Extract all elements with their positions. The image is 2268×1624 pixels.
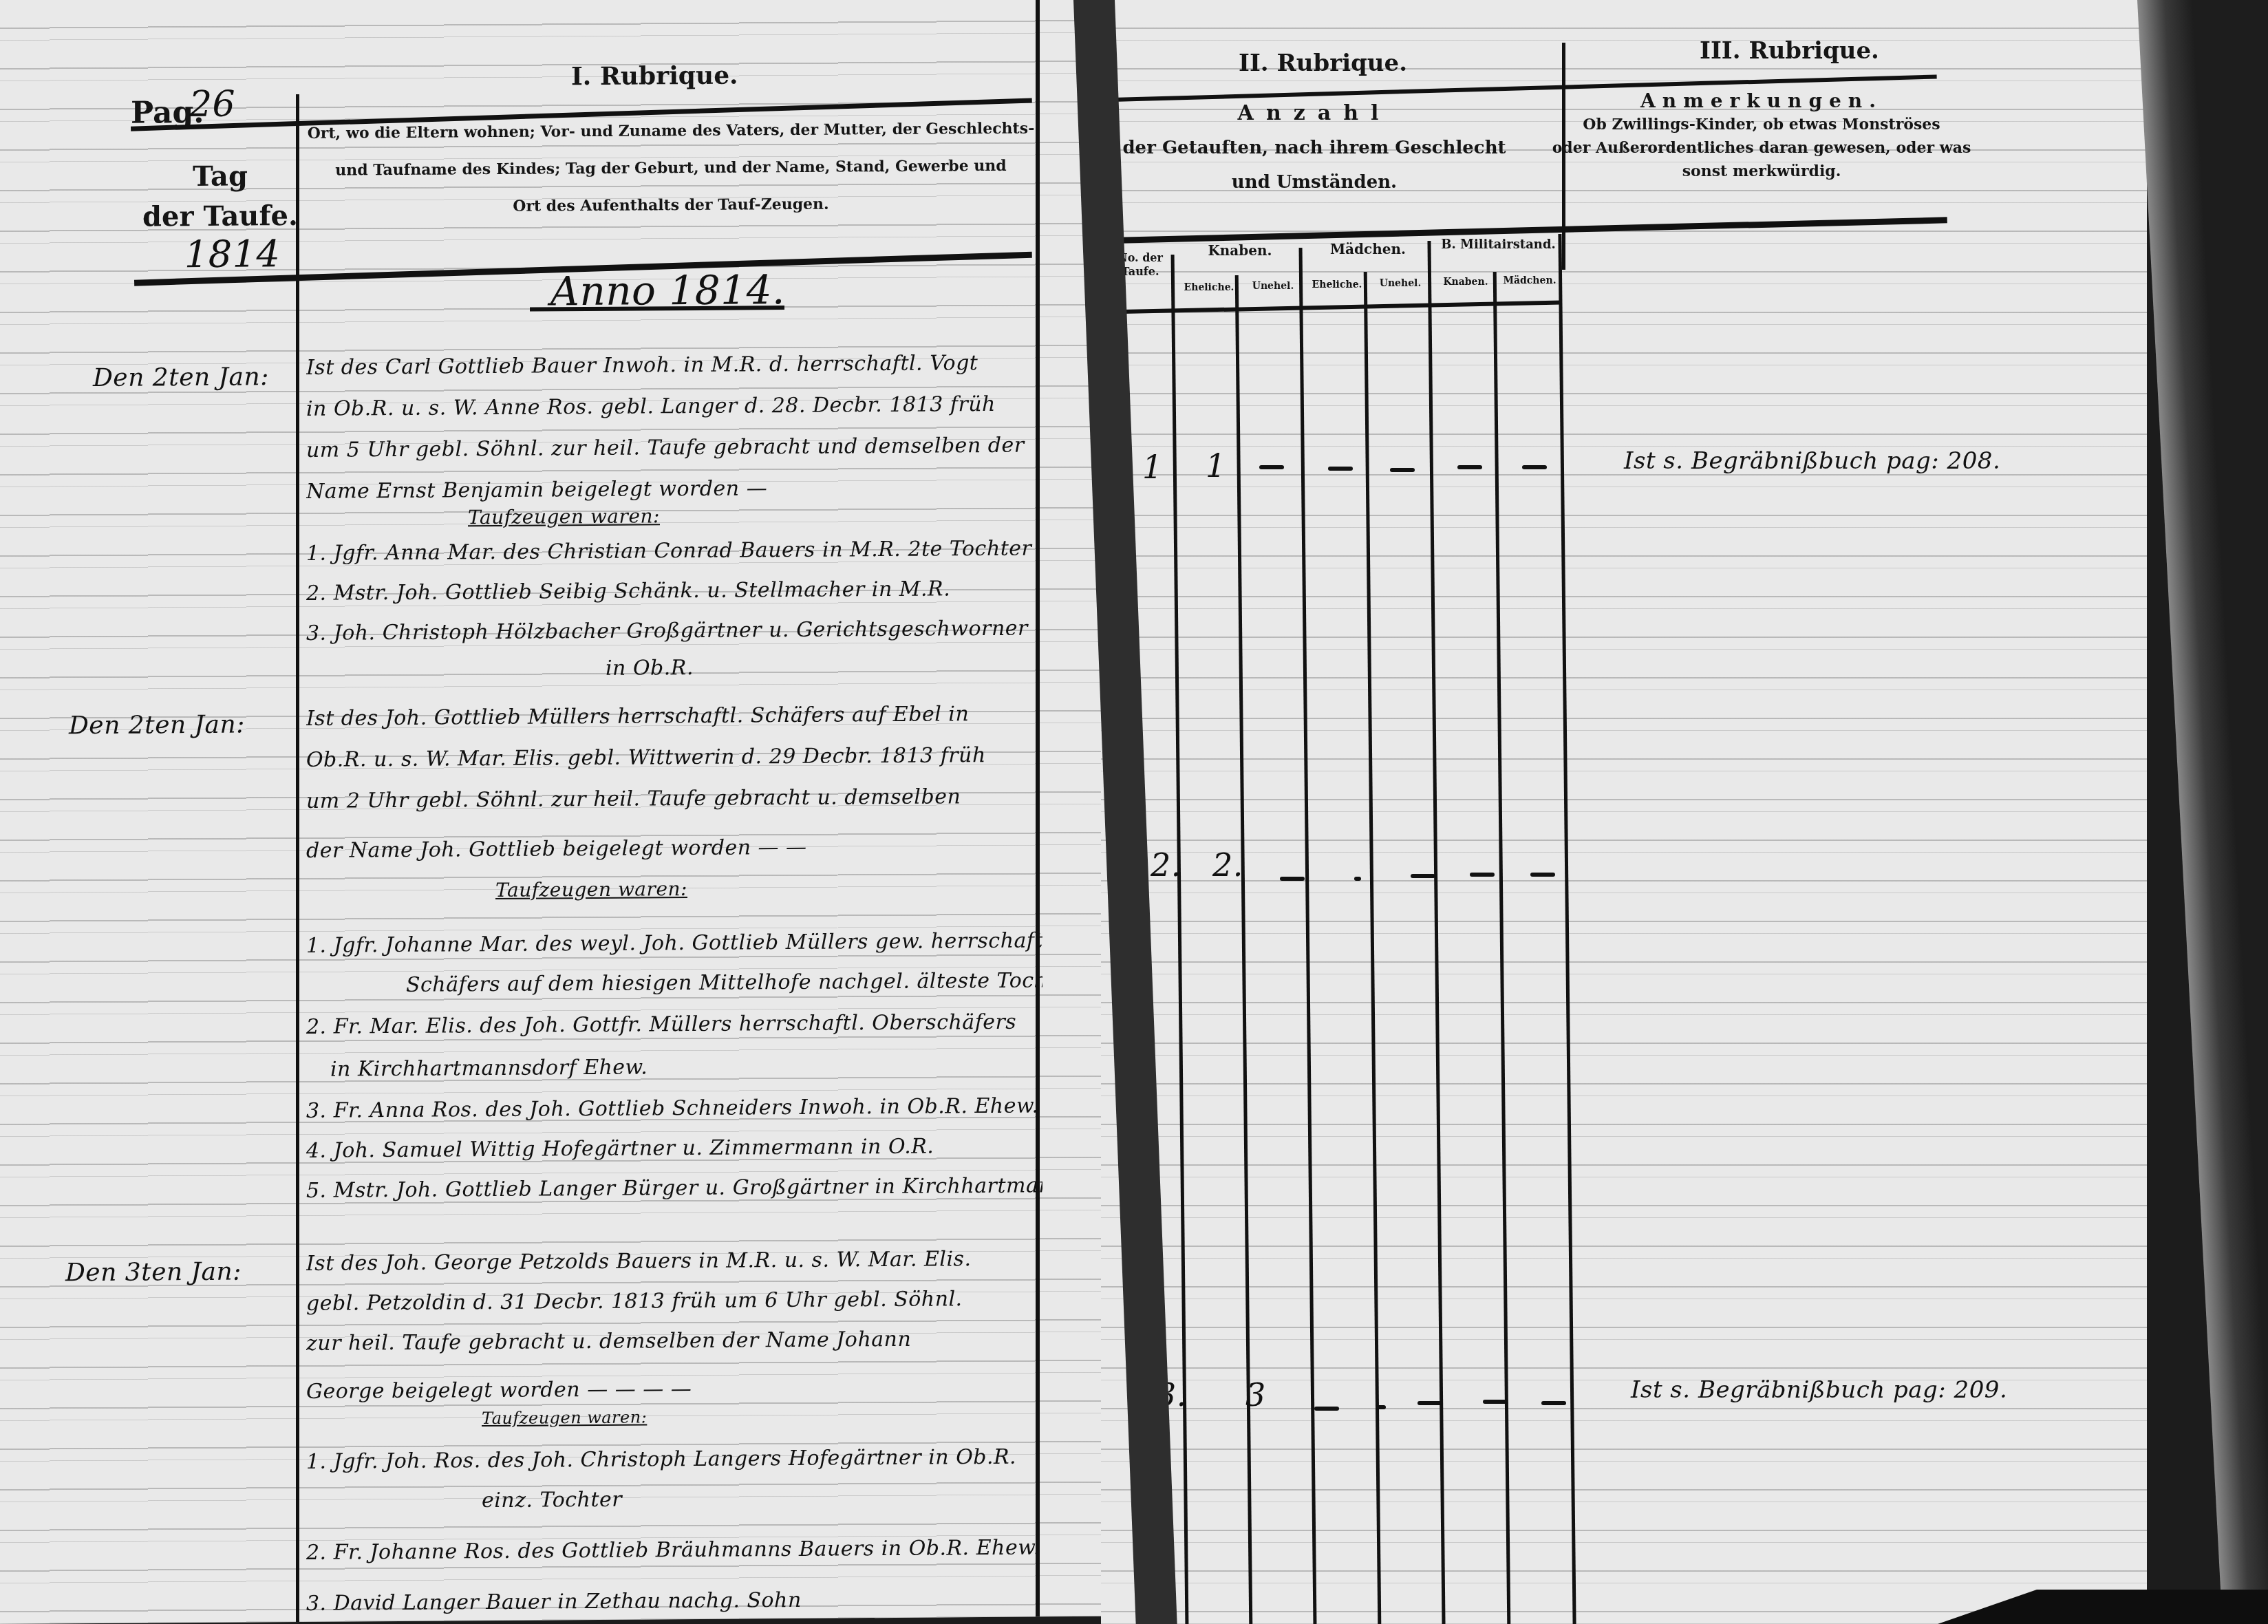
subheader-mil-knaben: Knaben. bbox=[1435, 277, 1497, 288]
witness-line: Schäfers auf dem hiesigen Mittelhofe nac… bbox=[406, 968, 1042, 996]
entry-text-line: zur heil. Taufe gebracht u. demselben de… bbox=[306, 1326, 1042, 1355]
witness-line: 3. David Langer Bauer in Zethau nachg. S… bbox=[306, 1586, 1042, 1615]
subheader-maedchen-ehelich: Eheliche. bbox=[1306, 279, 1368, 290]
entry-text-line: um 2 Uhr gebl. Söhnl. zur heil. Taufe ge… bbox=[306, 784, 1042, 813]
witness-line: in Kirchhartmannsdorf Ehew. bbox=[330, 1052, 1067, 1081]
row-remark: Ist s. Begräbnißbuch pag: 209. bbox=[1631, 1376, 2007, 1404]
entry-text-line: Ist des Joh. George Petzolds Bauers in M… bbox=[306, 1246, 1042, 1275]
rubrique1-desc-line: Ort des Aufenthalts der Tauf-Zeugen. bbox=[306, 184, 1036, 226]
date-column-year: 1814 bbox=[184, 232, 280, 276]
entry-text-line: George beigelegt worden — — — — bbox=[306, 1374, 1042, 1403]
row-empty-dash bbox=[1259, 465, 1284, 469]
row-knaben-ehelich: 1 bbox=[1206, 447, 1226, 484]
entry-text-line: Ist des Joh. Gottlieb Müllers herrschaft… bbox=[306, 701, 1042, 730]
page-number: 26 bbox=[189, 84, 235, 125]
witness-line: 1. Jgfr. Joh. Ros. des Joh. Christoph La… bbox=[306, 1444, 1042, 1473]
rubrique2-title: II. Rubrique. bbox=[1239, 50, 1407, 77]
rubrique3-desc-line: sonst merkwürdig. bbox=[1548, 160, 1975, 183]
entry-date: Den 3ten Jan: bbox=[65, 1258, 242, 1288]
entry-text-line: der Name Joh. Gottlieb beigelegt worden … bbox=[306, 833, 1042, 862]
witness-heading: Taufzeugen waren: bbox=[468, 504, 812, 528]
witness-line: 2. Fr. Johanne Ros. des Gottlieb Bräuhma… bbox=[306, 1535, 1042, 1564]
witness-heading: Taufzeugen waren: bbox=[482, 1407, 826, 1428]
witness-heading: Taufzeugen waren: bbox=[495, 876, 839, 901]
row-empty-dash bbox=[1417, 1401, 1442, 1405]
row-empty-dash bbox=[1354, 877, 1361, 881]
entry-text-line: um 5 Uhr gebl. Söhnl. zur heil. Taufe ge… bbox=[306, 433, 1042, 462]
rubrique3-desc-line: oder Außerordentliches daran gewesen, od… bbox=[1548, 136, 1975, 160]
row-empty-dash bbox=[1390, 468, 1415, 472]
subheader-maedchen-unehel: Unehel. bbox=[1369, 278, 1431, 289]
rubrique2-description: Anzahl der Getauften, nach ihrem Geschle… bbox=[1101, 96, 1528, 200]
group-header-militairstand: B. Militairstand. bbox=[1435, 237, 1562, 252]
witness-line: 2. Fr. Mar. Elis. des Joh. Gottfr. Mülle… bbox=[306, 1009, 1042, 1038]
rubrique1-desc-line: und Taufname des Kindes; Tag der Geburt,… bbox=[306, 147, 1036, 189]
witness-line: 4. Joh. Samuel Wittig Hofegärtner u. Zim… bbox=[306, 1133, 1042, 1162]
row-knaben-ehelich: 3 bbox=[1245, 1376, 1266, 1413]
book-right-edge bbox=[2137, 0, 2268, 1624]
row-empty-dash bbox=[1522, 465, 1547, 469]
row-no: 2. bbox=[1151, 846, 1181, 884]
date-header-line2: der Taufe. bbox=[141, 196, 299, 237]
entry-date: Den 2ten Jan: bbox=[69, 711, 245, 740]
row-empty-dash bbox=[1376, 1405, 1386, 1409]
row-empty-dash bbox=[1328, 467, 1353, 471]
entry-text-line: gebl. Petzoldin d. 31 Decbr. 1813 früh u… bbox=[306, 1286, 1042, 1315]
subheader-knaben-unehel: Unehel. bbox=[1242, 281, 1304, 292]
column-divider bbox=[296, 94, 299, 1622]
row-no: 1 bbox=[1142, 449, 1163, 486]
rubrique3-title: III. Rubrique. bbox=[1700, 37, 1879, 65]
group-header-knaben: Knaben. bbox=[1178, 242, 1302, 259]
rubrique2-heading: Anzahl bbox=[1101, 96, 1528, 131]
witness-line: 5. Mstr. Joh. Gottlieb Langer Bürger u. … bbox=[306, 1173, 1042, 1202]
row-empty-dash bbox=[1530, 873, 1555, 877]
subheader-mil-maedchen: Mädchen. bbox=[1499, 275, 1561, 286]
witness-line: 1. Jgfr. Anna Mar. des Christian Conrad … bbox=[306, 536, 1042, 565]
row-empty-dash bbox=[1457, 465, 1482, 469]
row-knaben-ehelich: 2. bbox=[1212, 846, 1243, 884]
rubrique1-title: I. Rubrique. bbox=[571, 61, 738, 92]
date-header-line1: Tag bbox=[141, 156, 299, 197]
rubrique3-desc-line: Ob Zwillings-Kinder, ob etwas Monströses bbox=[1548, 113, 1975, 136]
rubrique3-heading: Anmerkungen. bbox=[1548, 89, 1975, 113]
rubrique3-description: Anmerkungen. Ob Zwillings-Kinder, ob etw… bbox=[1548, 89, 1975, 183]
entry-text-line: Ob.R. u. s. W. Mar. Elis. gebl. Wittweri… bbox=[306, 742, 1042, 771]
witness-line: 2. Mstr. Joh. Gottlieb Seibig Schänk. u.… bbox=[306, 576, 1042, 605]
rubrique1-description: Ort, wo die Eltern wohnen; Vor- und Zuna… bbox=[306, 109, 1036, 226]
row-remark: Ist s. Begräbnißbuch pag: 208. bbox=[1624, 447, 2000, 475]
subheader-knaben-ehelich: Eheliche. bbox=[1178, 282, 1240, 293]
entry-text-line: Name Ernst Benjamin beigelegt worden — bbox=[306, 474, 1042, 503]
group-header-maedchen: Mädchen. bbox=[1306, 241, 1430, 257]
witness-line: 3. Joh. Christoph Hölzbacher Großgärtner… bbox=[306, 616, 1042, 645]
entry-text-line: Ist des Carl Gottlieb Bauer Inwoh. in M.… bbox=[306, 350, 1042, 379]
row-empty-dash bbox=[1483, 1400, 1508, 1404]
entry-text-line: in Ob.R. u. s. W. Anne Ros. gebl. Langer… bbox=[306, 392, 1042, 420]
witness-line: 3. Fr. Anna Ros. des Joh. Gottlieb Schne… bbox=[306, 1093, 1042, 1122]
date-column-header: Tag der Taufe. bbox=[141, 156, 299, 237]
row-empty-dash bbox=[1541, 1401, 1566, 1405]
entry-date: Den 2ten Jan: bbox=[93, 363, 269, 392]
rubrique2-desc-line: der Getauften, nach ihrem Geschlecht bbox=[1101, 131, 1528, 165]
row-empty-dash bbox=[1280, 877, 1305, 881]
rubrique1-desc-line: Ort, wo die Eltern wohnen; Vor- und Zuna… bbox=[306, 109, 1036, 151]
left-page: Pag. 26 Tag der Taufe. 1814 I. Rubrique.… bbox=[0, 0, 1101, 1624]
row-empty-dash bbox=[1470, 873, 1495, 877]
row-empty-dash bbox=[1411, 874, 1435, 878]
row-empty-dash bbox=[1314, 1407, 1339, 1411]
witness-line: 1. Jgfr. Johanne Mar. des weyl. Joh. Got… bbox=[306, 928, 1042, 957]
rubrique2-desc-line: und Umständen. bbox=[1101, 165, 1528, 200]
